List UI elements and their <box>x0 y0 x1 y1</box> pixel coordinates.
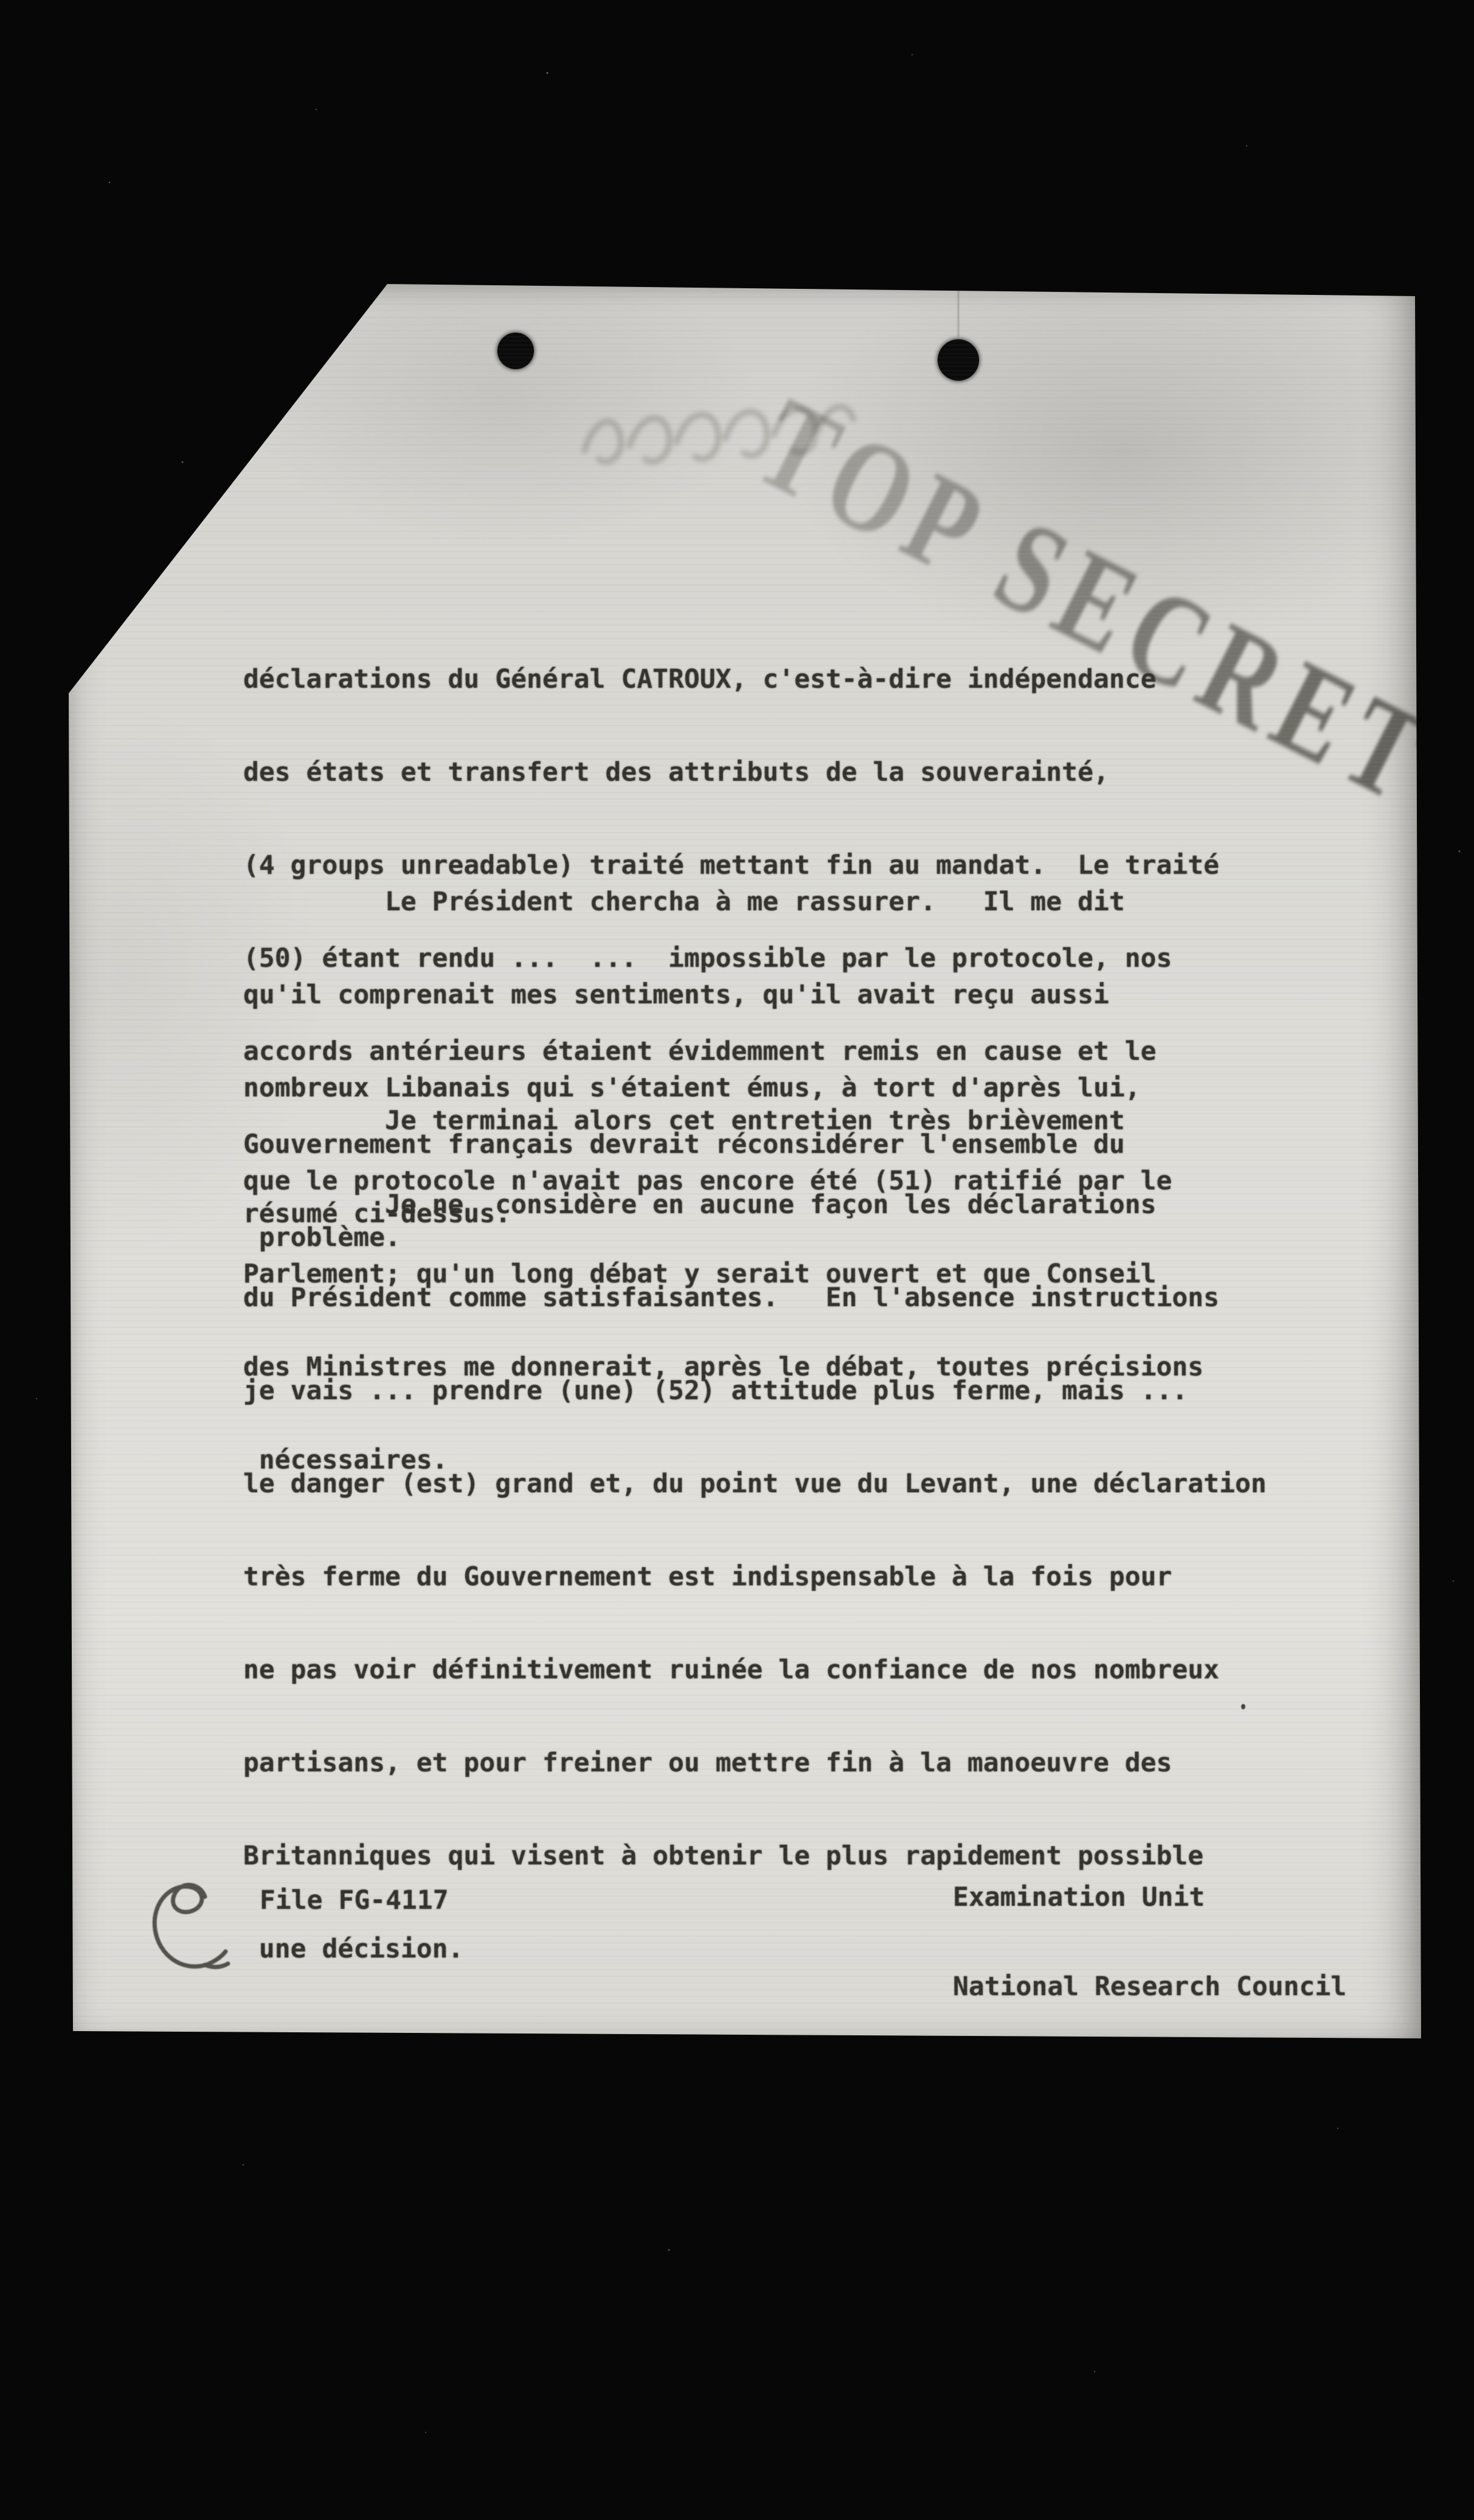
typed-line: Le Président chercha à me rassurer. Il m… <box>243 887 1203 918</box>
microfilm-scan: TOP SECRET déclarations du Général CATRO… <box>0 0 1474 2520</box>
typed-line: Je ne considère en aucune façon les décl… <box>243 1189 1267 1220</box>
typed-line: qu'il comprenait mes sentiments, qu'il a… <box>243 980 1203 1011</box>
typed-line: partisans, et pour freiner ou mettre fin… <box>243 1748 1267 1779</box>
file-reference: File FG-4117 <box>260 1885 449 1916</box>
hole-punch-left <box>497 333 534 369</box>
handwritten-mark <box>147 1876 238 1985</box>
document-page: TOP SECRET déclarations du Général CATRO… <box>69 277 1421 2040</box>
typed-line: je vais ... prendre (une) (52) attitude … <box>243 1376 1267 1407</box>
scratch-mark <box>958 286 959 337</box>
typed-line: ne pas voir définitivement ruinée la con… <box>243 1655 1267 1686</box>
signature-unit: Examination Unit <box>953 1883 1346 1912</box>
typed-line: des états et transfert des attributs de … <box>243 757 1219 788</box>
hole-punch-right <box>938 339 979 381</box>
ink-speck <box>1241 1704 1245 1709</box>
typed-line: le danger (est) grand et, du point vue d… <box>243 1469 1267 1500</box>
typed-line: très ferme du Gouvernement est indispens… <box>243 1562 1267 1593</box>
signature-organization: National Research Council <box>953 1972 1346 2002</box>
typed-line: déclarations du Général CATROUX, c'est-à… <box>243 664 1219 695</box>
typed-line: du Président comme satisfaisantes. En l'… <box>243 1282 1267 1314</box>
